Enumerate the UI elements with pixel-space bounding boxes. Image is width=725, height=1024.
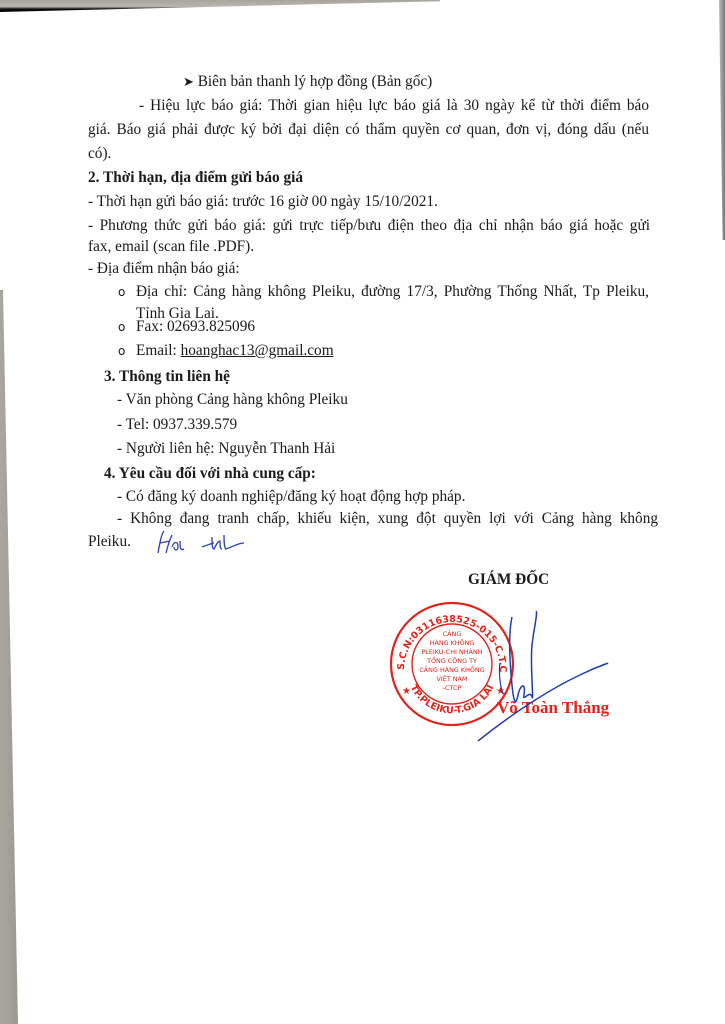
validity-line-2: giá. Báo giá phải được ký bởi đại diện c… (88, 121, 649, 139)
contact-person: - Người liên hệ: Nguyễn Thanh Hải (117, 440, 335, 458)
svg-text:-CTCP: -CTCP (443, 684, 462, 692)
svg-text:★: ★ (402, 686, 411, 697)
validity-line-1: - Hiệu lực báo giá: Thời gian hiệu lực b… (139, 97, 649, 115)
svg-text:HÀNG KHÔNG: HÀNG KHÔNG (430, 638, 475, 647)
arrow-bullet-icon: ➤ (183, 75, 194, 90)
email-link[interactable]: hoanghac13@gmail.com (181, 342, 334, 359)
svg-text:VIỆT NAM: VIỆT NAM (437, 674, 468, 683)
validity-line-3: có). (88, 145, 111, 163)
circle-bullet-icon: o (118, 283, 136, 301)
deadline-text: - Thời hạn gửi báo giá: trước 16 giờ 00 … (88, 193, 438, 211)
scanner-edge-right (719, 0, 725, 240)
scanner-edge-left (0, 290, 20, 1024)
requirement-2-line-1: - Không đang tranh chấp, khiếu kiện, xun… (117, 510, 658, 528)
section2-heading: 2. Thời hạn, địa điểm gửi báo giá (88, 169, 303, 187)
requirement-2-line-2: Pleiku. (88, 533, 131, 551)
email-line: oEmail: hoanghac13@gmail.com (118, 342, 334, 360)
initials-signature (150, 527, 245, 557)
method-line-2: fax, email (scan file .PDF). (88, 238, 254, 256)
method-line-1: - Phương thức gửi báo giá: gửi trực tiếp… (88, 217, 650, 235)
fax-line: oFax: 02693.825096 (118, 318, 255, 336)
address-line-1: oĐịa chỉ: Cảng hàng không Pleiku, đường … (118, 283, 649, 301)
director-signature (470, 605, 640, 745)
signature-title: GIÁM ĐỐC (468, 571, 549, 589)
contact-office: - Văn phòng Cảng hàng không Pleiku (117, 391, 348, 409)
section3-heading: 3. Thông tin liên hệ (104, 368, 230, 386)
requirement-1: - Có đăng ký doanh nghiệp/đăng ký hoạt đ… (117, 488, 465, 506)
location-label: - Địa điểm nhận báo giá: (88, 260, 240, 278)
svg-text:CẢNG: CẢNG (443, 629, 462, 638)
section4-heading: 4. Yêu cầu đối với nhà cung cấp: (104, 465, 316, 483)
circle-bullet-icon: o (118, 342, 136, 360)
bullet-item: ➤ Biên bản thanh lý hợp đồng (Bản gốc) (183, 73, 432, 92)
contact-tel: - Tel: 0937.339.579 (117, 416, 237, 434)
circle-bullet-icon: o (118, 318, 136, 336)
scanner-edge-top (0, 0, 440, 12)
